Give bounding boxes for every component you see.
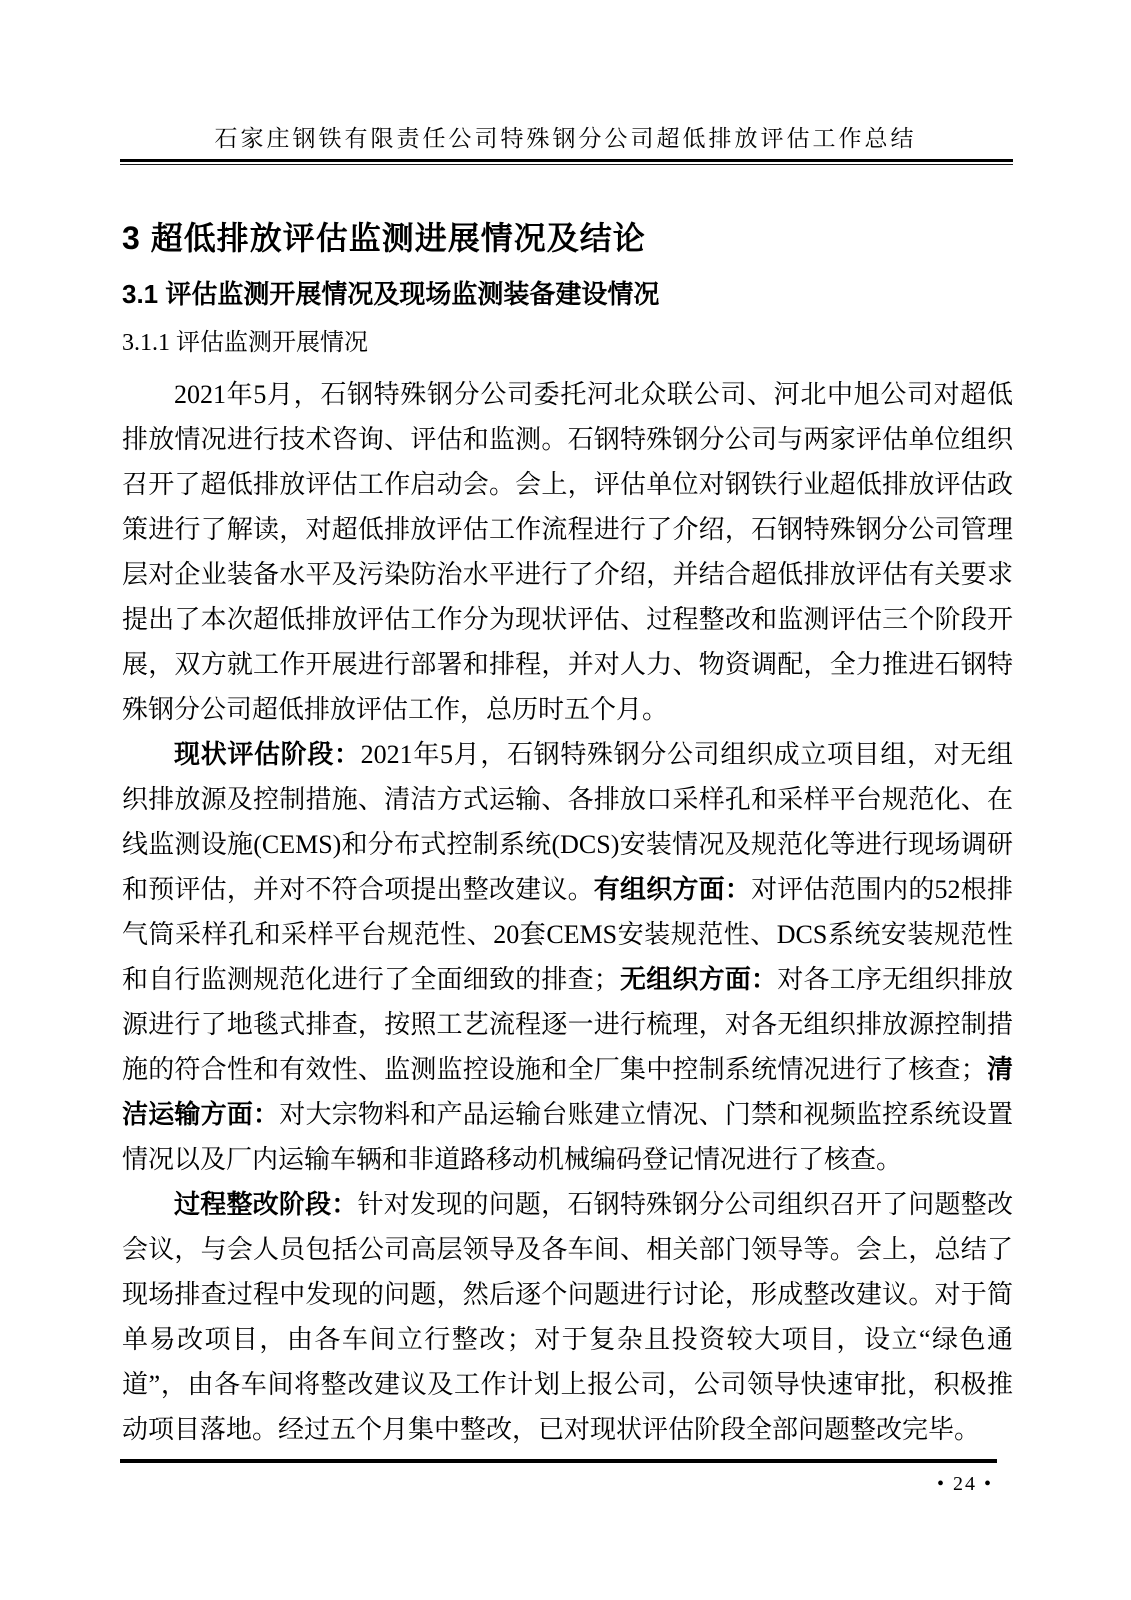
emphasis-run: 有组织方面： <box>594 874 751 904</box>
emphasis-run: 过程整改阶段： <box>174 1189 358 1219</box>
paragraph: 2021年5月，石钢特殊钢分公司委托河北众联公司、河北中旭公司对超低排放情况进行… <box>122 372 1013 732</box>
subsection-heading: 3.1 评估监测开展情况及现场监测装备建设情况 <box>122 278 1013 310</box>
paragraph: 过程整改阶段：针对发现的问题，石钢特殊钢分公司组织召开了问题整改会议，与会人员包… <box>122 1182 1013 1452</box>
subsubsection-heading: 3.1.1 评估监测开展情况 <box>122 328 1013 358</box>
text-run: 2021年5月，石钢特殊钢分公司委托河北众联公司、河北中旭公司对超低排放情况进行… <box>122 380 1013 724</box>
page-number: • 24 • <box>937 1473 993 1496</box>
page-header: 石家庄钢铁有限责任公司特殊钢分公司超低排放评估工作总结 <box>0 0 1131 165</box>
header-double-rule <box>120 159 1013 165</box>
emphasis-run: 无组织方面： <box>620 964 777 994</box>
paragraph: 现状评估阶段：2021年5月，石钢特殊钢分公司组织成立项目组，对无组织排放源及控… <box>122 732 1013 1182</box>
footer-rule <box>120 1459 997 1463</box>
emphasis-run: 现状评估阶段： <box>174 739 361 769</box>
body-paragraphs: 2021年5月，石钢特殊钢分公司委托河北众联公司、河北中旭公司对超低排放情况进行… <box>122 372 1013 1452</box>
document-content: 3 超低排放评估监测进展情况及结论 3.1 评估监测开展情况及现场监测装备建设情… <box>0 219 1131 1452</box>
text-run: 针对发现的问题，石钢特殊钢分公司组织召开了问题整改会议，与会人员包括公司高层领导… <box>122 1190 1013 1444</box>
section-heading: 3 超低排放评估监测进展情况及结论 <box>122 219 1013 257</box>
document-page: 石家庄钢铁有限责任公司特殊钢分公司超低排放评估工作总结 3 超低排放评估监测进展… <box>0 0 1131 1600</box>
header-title: 石家庄钢铁有限责任公司特殊钢分公司超低排放评估工作总结 <box>0 120 1131 153</box>
